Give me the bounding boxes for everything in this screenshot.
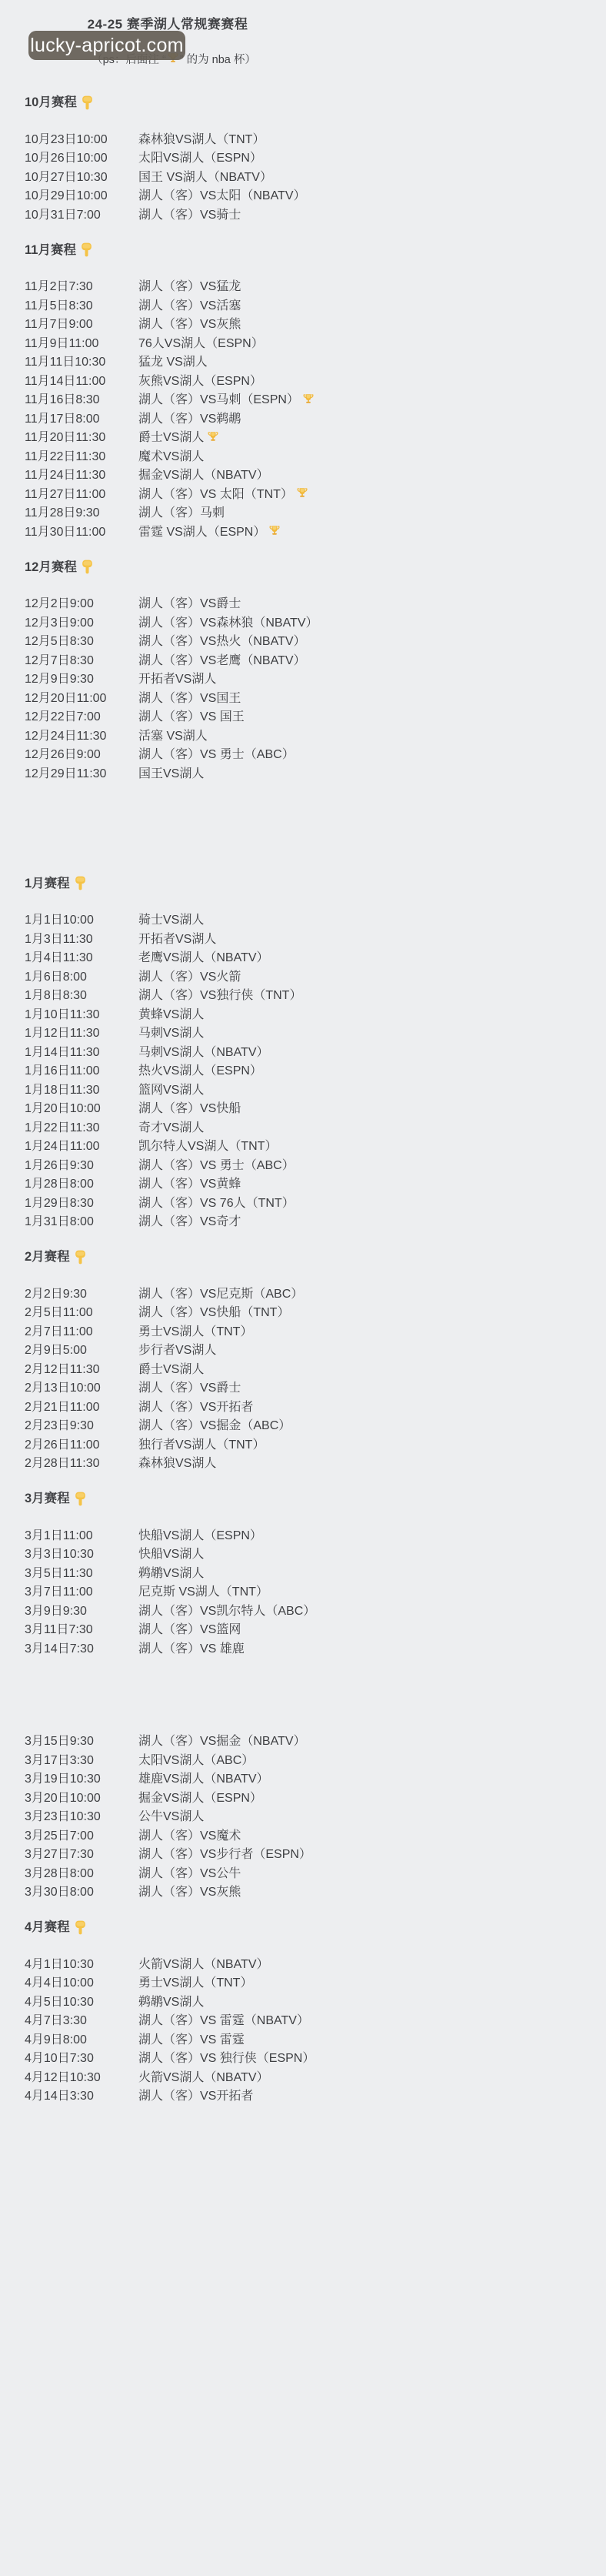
game-datetime: 3月1日11:00 xyxy=(25,1525,138,1543)
game-matchup-text: 湖人（客）VS黄蜂 xyxy=(138,1174,241,1191)
game-matchup: 湖人（客）VS 国王 xyxy=(138,707,245,724)
month-section: 10月赛程10月23日10:00森林狼VS湖人（TNT）10月26日10:00太… xyxy=(0,93,606,223)
schedule-row: 11月27日11:00湖人（客）VS 太阳（TNT） xyxy=(0,483,606,503)
game-matchup-text: 开拓者VS湖人 xyxy=(138,929,216,947)
game-datetime: 4月4日10:00 xyxy=(25,1973,138,1990)
game-datetime: 11月2日7:30 xyxy=(25,276,138,294)
game-matchup-text: 湖人（客）VS开拓者 xyxy=(138,1397,253,1415)
game-matchup-text: 湖人（客）VS灰熊 xyxy=(138,314,241,332)
game-datetime: 3月25日7:00 xyxy=(25,1826,138,1843)
game-datetime: 2月2日9:30 xyxy=(25,1284,138,1301)
game-datetime: 12月9日9:30 xyxy=(25,669,138,687)
schedule-row: 11月30日11:00雷霆 VS湖人（ESPN） xyxy=(0,521,606,540)
game-datetime: 12月5日8:30 xyxy=(25,631,138,649)
schedule-row: 12月24日11:30活塞 VS湖人 xyxy=(0,725,606,744)
game-matchup: 魔术VS湖人 xyxy=(138,446,204,464)
game-matchup: 奇才VS湖人 xyxy=(138,1118,204,1135)
game-matchup-text: 黄蜂VS湖人 xyxy=(138,1004,204,1022)
schedule-row: 12月29日11:30国王VS湖人 xyxy=(0,763,606,782)
game-matchup-text: 湖人（客）VS太阳（NBATV） xyxy=(138,185,306,203)
game-matchup-text: 湖人（客）VS篮网 xyxy=(138,1619,241,1637)
game-matchup: 湖人（客）VS老鹰（NBATV） xyxy=(138,650,306,668)
game-matchup: 湖人（客）VS 勇士（ABC） xyxy=(138,1155,295,1173)
game-matchup-text: 湖人（客）VS 国王 xyxy=(138,707,245,724)
schedule-row: 1月16日11:00热火VS湖人（ESPN） xyxy=(0,1061,606,1080)
note-suffix: ” 的为 nba 杯） xyxy=(180,51,256,67)
schedule-row: 3月19日10:30雄鹿VS湖人（NBATV） xyxy=(0,1769,606,1788)
schedule-row: 10月26日10:00太阳VS湖人（ESPN） xyxy=(0,148,606,167)
game-matchup: 湖人（客）VS 太阳（TNT） xyxy=(138,484,308,502)
schedule-row: 1月4日11:30老鹰VS湖人（NBATV） xyxy=(0,947,606,967)
game-matchup: 步行者VS湖人 xyxy=(138,1340,216,1358)
game-datetime: 11月24日11:30 xyxy=(25,465,138,483)
game-matchup-text: 湖人（客）VS爵士 xyxy=(138,1378,241,1395)
game-datetime: 12月29日11:30 xyxy=(25,763,138,781)
game-datetime: 3月27日7:30 xyxy=(25,1844,138,1862)
game-matchup: 开拓者VS湖人 xyxy=(138,669,216,687)
game-matchup-text: 篮网VS湖人 xyxy=(138,1080,204,1098)
schedule-row: 1月28日8:00湖人（客）VS黄蜂 xyxy=(0,1174,606,1193)
schedule-row: 11月9日11:0076人VS湖人（ESPN） xyxy=(0,332,606,352)
game-datetime: 10月29日10:00 xyxy=(25,185,138,203)
game-matchup-text: 雄鹿VS湖人（NBATV） xyxy=(138,1769,269,1786)
game-matchup: 活塞 VS湖人 xyxy=(138,726,208,743)
game-datetime: 3月14日7:30 xyxy=(25,1639,138,1656)
game-matchup: 湖人（客）VS马刺（ESPN） xyxy=(138,389,314,407)
game-datetime: 11月14日11:00 xyxy=(25,371,138,389)
game-matchup: 湖人（客）VS火箭 xyxy=(138,967,241,984)
game-matchup-text: 雷霆 VS湖人（ESPN） xyxy=(138,522,265,540)
schedule-row: 12月5日8:30湖人（客）VS热火（NBATV） xyxy=(0,631,606,650)
schedule-screenshot: 24-25 赛季湖人常规赛赛程 lucky-apricot.com （ps：后面… xyxy=(0,0,606,2576)
schedule-row: 4月4日10:00勇士VS湖人（TNT） xyxy=(0,1973,606,1992)
pointing-down-icon xyxy=(75,1920,86,1935)
game-matchup-text: 湖人（客）VS快船（TNT） xyxy=(138,1302,289,1320)
game-matchup-text: 湖人（客）VS火箭 xyxy=(138,967,241,984)
game-matchup-text: 快船VS湖人（ESPN） xyxy=(138,1525,262,1543)
schedule-row: 12月9日9:30开拓者VS湖人 xyxy=(0,669,606,688)
game-matchup-text: 勇士VS湖人（TNT） xyxy=(138,1973,252,1990)
game-matchup-text: 湖人（客）VS开拓者 xyxy=(138,2086,253,2103)
game-datetime: 1月3日11:30 xyxy=(25,929,138,947)
month-label: 3月赛程 xyxy=(25,1489,70,1508)
schedule-row: 3月28日8:00湖人（客）VS公牛 xyxy=(0,1863,606,1882)
game-matchup: 湖人（客）VS 雷霆（NBATV） xyxy=(138,2010,309,2028)
game-matchup-text: 火箭VS湖人（NBATV） xyxy=(138,1954,269,1972)
game-datetime: 1月8日8:30 xyxy=(25,985,138,1003)
month-label: 1月赛程 xyxy=(25,874,70,893)
game-datetime: 2月9日5:00 xyxy=(25,1340,138,1358)
schedule-row: 3月7日11:00尼克斯 VS湖人（TNT） xyxy=(0,1582,606,1601)
game-matchup-text: 热火VS湖人（ESPN） xyxy=(138,1061,262,1078)
game-matchup: 快船VS湖人（ESPN） xyxy=(138,1525,262,1543)
game-matchup-text: 湖人（客）VS 雷霆（NBATV） xyxy=(138,2010,309,2028)
game-matchup-text: 湖人（客）VS森林狼（NBATV） xyxy=(138,613,318,630)
game-matchup: 马刺VS湖人 xyxy=(138,1023,204,1041)
game-datetime: 3月5日11:30 xyxy=(25,1563,138,1581)
game-datetime: 3月15日9:30 xyxy=(25,1731,138,1749)
game-matchup-text: 湖人（客）VS活塞 xyxy=(138,296,241,313)
game-datetime: 4月1日10:30 xyxy=(25,1954,138,1972)
schedule-row: 12月22日7:00湖人（客）VS 国王 xyxy=(0,707,606,726)
month-header: 12月赛程 xyxy=(0,558,606,576)
schedule-row: 11月7日9:00湖人（客）VS灰熊 xyxy=(0,314,606,333)
game-matchup-text: 湖人（客）VS 勇士（ABC） xyxy=(138,744,295,762)
game-matchup-text: 森林狼VS湖人 xyxy=(138,1453,216,1471)
game-matchup-text: 湖人（客）VS爵士 xyxy=(138,593,241,611)
game-matchup-text: 开拓者VS湖人 xyxy=(138,669,216,687)
pointing-down-icon xyxy=(75,1492,86,1506)
game-datetime: 2月12日11:30 xyxy=(25,1359,138,1377)
game-matchup: 国王VS湖人 xyxy=(138,763,204,781)
schedule-row: 11月16日8:30湖人（客）VS马刺（ESPN） xyxy=(0,389,606,409)
game-datetime: 3月30日8:00 xyxy=(25,1882,138,1899)
game-matchup: 湖人（客）VS掘金（ABC） xyxy=(138,1415,291,1433)
game-matchup: 湖人（客）VS活塞 xyxy=(138,296,241,313)
game-matchup: 湖人（客）VS篮网 xyxy=(138,1619,241,1637)
game-matchup: 热火VS湖人（ESPN） xyxy=(138,1061,262,1078)
game-matchup-text: 湖人（客）VS步行者（ESPN） xyxy=(138,1844,311,1862)
game-matchup: 爵士VS湖人 xyxy=(138,1359,204,1377)
month-label: 12月赛程 xyxy=(25,558,77,576)
schedule-row: 12月7日8:30湖人（客）VS老鹰（NBATV） xyxy=(0,650,606,669)
game-datetime: 1月10日11:30 xyxy=(25,1004,138,1022)
game-datetime: 1月6日8:00 xyxy=(25,967,138,984)
game-matchup: 湖人（客）VS 勇士（ABC） xyxy=(138,744,295,762)
schedule-months: 10月赛程10月23日10:00森林狼VS湖人（TNT）10月26日10:00太… xyxy=(0,93,606,2104)
schedule-row: 3月5日11:30鹈鹕VS湖人 xyxy=(0,1562,606,1582)
month-games: 4月1日10:30火箭VS湖人（NBATV）4月4日10:00勇士VS湖人（TN… xyxy=(0,1953,606,2104)
month-games: 1月1日10:00骑士VS湖人1月3日11:30开拓者VS湖人1月4日11:30… xyxy=(0,910,606,1231)
game-matchup-text: 魔术VS湖人 xyxy=(138,446,204,464)
game-matchup: 鹈鹕VS湖人 xyxy=(138,1992,204,2010)
game-datetime: 3月28日8:00 xyxy=(25,1863,138,1881)
schedule-row: 3月11日7:30湖人（客）VS篮网 xyxy=(0,1619,606,1639)
game-matchup: 森林狼VS湖人（TNT） xyxy=(138,129,265,147)
schedule-row: 2月2日9:30湖人（客）VS尼克斯（ABC） xyxy=(0,1283,606,1302)
schedule-row: 11月24日11:30掘金VS湖人（NBATV） xyxy=(0,465,606,484)
game-matchup-text: 鹈鹕VS湖人 xyxy=(138,1563,204,1581)
month-header: 11月赛程 xyxy=(0,241,606,259)
game-matchup: 掘金VS湖人（NBATV） xyxy=(138,465,269,483)
game-matchup: 湖人（客）马刺 xyxy=(138,503,225,520)
game-matchup: 湖人（客）VS 雷霆 xyxy=(138,2030,245,2047)
game-matchup: 湖人（客）VS 76人（TNT） xyxy=(138,1193,295,1211)
game-matchup-text: 掘金VS湖人（NBATV） xyxy=(138,465,269,483)
game-matchup: 湖人（客）VS独行侠（TNT） xyxy=(138,985,301,1003)
game-matchup-text: 掘金VS湖人（ESPN） xyxy=(138,1788,262,1806)
pointing-down-icon xyxy=(75,876,86,890)
pointing-down-icon xyxy=(82,560,93,574)
game-matchup-text: 湖人（客）VS 雄鹿 xyxy=(138,1639,245,1656)
month-label: 2月赛程 xyxy=(25,1248,70,1266)
game-matchup-text: 爵士VS湖人 xyxy=(138,427,204,445)
game-matchup: 湖人（客）VS爵士 xyxy=(138,1378,241,1395)
game-datetime: 1月1日10:00 xyxy=(25,910,138,927)
schedule-row: 1月31日8:00湖人（客）VS奇才 xyxy=(0,1211,606,1231)
game-matchup: 国王 VS湖人（NBATV） xyxy=(138,167,272,185)
schedule-row: 3月20日10:00掘金VS湖人（ESPN） xyxy=(0,1787,606,1806)
schedule-row: 12月2日9:00湖人（客）VS爵士 xyxy=(0,593,606,613)
game-matchup: 湖人（客）VS奇才 xyxy=(138,1211,241,1229)
schedule-row: 3月17日3:30太阳VS湖人（ABC） xyxy=(0,1749,606,1769)
game-matchup: 黄蜂VS湖人 xyxy=(138,1004,204,1022)
game-matchup-text: 火箭VS湖人（NBATV） xyxy=(138,2067,269,2085)
game-matchup: 湖人（客）VS 独行侠（ESPN） xyxy=(138,2048,315,2066)
schedule-row: 11月17日8:00湖人（客）VS鹈鹕 xyxy=(0,408,606,427)
game-matchup-text: 湖人（客）VS猛龙 xyxy=(138,276,241,294)
game-matchup: 湖人（客）VS步行者（ESPN） xyxy=(138,1844,311,1862)
game-datetime: 11月28日9:30 xyxy=(25,503,138,520)
schedule-row: 3月14日7:30湖人（客）VS 雄鹿 xyxy=(0,1638,606,1657)
game-matchup: 太阳VS湖人（ESPN） xyxy=(138,148,262,165)
game-matchup-text: 太阳VS湖人（ABC） xyxy=(138,1750,254,1768)
month-games: 11月2日7:30湖人（客）VS猛龙11月5日8:30湖人（客）VS活塞11月7… xyxy=(0,276,606,540)
game-matchup: 湖人（客）VS灰熊 xyxy=(138,314,241,332)
schedule-row: 11月28日9:30湖人（客）马刺 xyxy=(0,503,606,522)
trophy-icon xyxy=(208,431,218,442)
schedule-row: 2月12日11:30爵士VS湖人 xyxy=(0,1358,606,1378)
game-matchup: 快船VS湖人 xyxy=(138,1544,204,1562)
game-datetime: 12月20日11:00 xyxy=(25,688,138,706)
game-matchup: 湖人（客）VS太阳（NBATV） xyxy=(138,185,306,203)
schedule-row: 4月10日7:30湖人（客）VS 独行侠（ESPN） xyxy=(0,2048,606,2067)
month-games: 12月2日9:00湖人（客）VS爵士12月3日9:00湖人（客）VS森林狼（NB… xyxy=(0,593,606,782)
game-datetime: 2月7日11:00 xyxy=(25,1321,138,1339)
game-matchup: 湖人（客）VS森林狼（NBATV） xyxy=(138,613,318,630)
game-matchup: 湖人（客）VS鹈鹕 xyxy=(138,409,241,426)
schedule-row: 3月25日7:00湖人（客）VS魔术 xyxy=(0,1825,606,1844)
game-datetime: 11月5日8:30 xyxy=(25,296,138,313)
schedule-row: 3月15日9:30湖人（客）VS掘金（NBATV） xyxy=(0,1731,606,1750)
game-datetime: 4月12日10:30 xyxy=(25,2067,138,2085)
game-datetime: 2月28日11:30 xyxy=(25,1453,138,1471)
game-matchup-text: 骑士VS湖人 xyxy=(138,910,204,927)
game-matchup: 森林狼VS湖人 xyxy=(138,1453,216,1471)
game-matchup-text: 马刺VS湖人（NBATV） xyxy=(138,1042,269,1060)
game-matchup: 湖人（客）VS灰熊 xyxy=(138,1882,241,1899)
game-datetime: 3月17日3:30 xyxy=(25,1750,138,1768)
schedule-row: 11月14日11:00灰熊VS湖人（ESPN） xyxy=(0,370,606,389)
schedule-row: 10月27日10:30国王 VS湖人（NBATV） xyxy=(0,166,606,185)
game-datetime: 4月5日10:30 xyxy=(25,1992,138,2010)
game-matchup: 开拓者VS湖人 xyxy=(138,929,216,947)
schedule-row: 1月1日10:00骑士VS湖人 xyxy=(0,910,606,929)
month-label: 11月赛程 xyxy=(25,241,76,259)
page-title: 24-25 赛季湖人常规赛赛程 xyxy=(0,0,335,32)
game-datetime: 11月9日11:00 xyxy=(25,333,138,351)
schedule-row: 3月9日9:30湖人（客）VS凯尔特人（ABC） xyxy=(0,1600,606,1619)
game-matchup: 湖人（客）VS快船 xyxy=(138,1098,241,1116)
game-matchup: 灰熊VS湖人（ESPN） xyxy=(138,371,262,389)
game-matchup: 湖人（客）VS爵士 xyxy=(138,593,241,611)
game-matchup: 骑士VS湖人 xyxy=(138,910,204,927)
pointing-down-icon xyxy=(81,242,92,257)
game-matchup-text: 湖人（客）VS灰熊 xyxy=(138,1882,241,1899)
month-header: 4月赛程 xyxy=(0,1918,606,1936)
game-datetime: 11月22日11:30 xyxy=(25,446,138,464)
schedule-row: 11月20日11:30爵士VS湖人 xyxy=(0,427,606,446)
game-matchup-text: 国王VS湖人 xyxy=(138,763,204,781)
watermark-text: lucky-apricot.com xyxy=(30,35,184,57)
game-matchup-text: 湖人（客）VS 勇士（ABC） xyxy=(138,1155,295,1173)
game-datetime: 1月18日11:30 xyxy=(25,1080,138,1098)
game-datetime: 3月7日11:00 xyxy=(25,1582,138,1599)
schedule-row: 1月29日8:30湖人（客）VS 76人（TNT） xyxy=(0,1192,606,1211)
game-matchup: 湖人（客）VS黄蜂 xyxy=(138,1174,241,1191)
game-matchup-text: 鹈鹕VS湖人 xyxy=(138,1992,204,2010)
game-datetime: 1月31日8:00 xyxy=(25,1211,138,1229)
game-datetime: 3月3日10:30 xyxy=(25,1544,138,1562)
schedule-row: 4月7日3:30湖人（客）VS 雷霆（NBATV） xyxy=(0,2010,606,2030)
game-datetime: 2月21日11:00 xyxy=(25,1397,138,1415)
game-datetime: 4月14日3:30 xyxy=(25,2086,138,2103)
game-datetime: 1月26日9:30 xyxy=(25,1155,138,1173)
game-datetime: 2月23日9:30 xyxy=(25,1415,138,1433)
schedule-row: 1月26日9:30湖人（客）VS 勇士（ABC） xyxy=(0,1154,606,1174)
game-matchup: 湖人（客）VS开拓者 xyxy=(138,2086,253,2103)
schedule-row: 12月3日9:00湖人（客）VS森林狼（NBATV） xyxy=(0,612,606,631)
month-label: 10月赛程 xyxy=(25,93,77,112)
game-matchup-text: 湖人（客）VS奇才 xyxy=(138,1211,241,1229)
game-datetime: 2月26日11:00 xyxy=(25,1435,138,1452)
watermark: lucky-apricot.com xyxy=(28,31,185,60)
game-matchup-text: 太阳VS湖人（ESPN） xyxy=(138,148,262,165)
schedule-row: 4月1日10:30火箭VS湖人（NBATV） xyxy=(0,1953,606,1973)
game-matchup-text: 猛龙 VS湖人 xyxy=(138,352,208,369)
schedule-row: 11月11日10:30猛龙 VS湖人 xyxy=(0,352,606,371)
schedule-row: 2月26日11:00独行者VS湖人（TNT） xyxy=(0,1434,606,1453)
month-header: 1月赛程 xyxy=(0,874,606,893)
pointing-down-icon xyxy=(82,95,93,110)
game-matchup-text: 森林狼VS湖人（TNT） xyxy=(138,129,265,147)
game-matchup: 湖人（客）VS掘金（NBATV） xyxy=(138,1731,306,1749)
schedule-row: 2月21日11:00湖人（客）VS开拓者 xyxy=(0,1396,606,1415)
month-games: 2月2日9:30湖人（客）VS尼克斯（ABC）2月5日11:00湖人（客）VS快… xyxy=(0,1283,606,1472)
game-matchup: 湖人（客）VS热火（NBATV） xyxy=(138,631,306,649)
game-matchup: 雄鹿VS湖人（NBATV） xyxy=(138,1769,269,1786)
game-matchup: 勇士VS湖人（TNT） xyxy=(138,1973,252,1990)
game-datetime: 10月31日7:00 xyxy=(25,205,138,222)
game-matchup-text: 凯尔特人VS湖人（TNT） xyxy=(138,1136,277,1154)
schedule-row: 1月6日8:00湖人（客）VS火箭 xyxy=(0,966,606,985)
game-matchup: 猛龙 VS湖人 xyxy=(138,352,208,369)
schedule-row: 1月22日11:30奇才VS湖人 xyxy=(0,1117,606,1136)
schedule-row: 11月5日8:30湖人（客）VS活塞 xyxy=(0,295,606,314)
game-matchup-text: 湖人（客）VS 太阳（TNT） xyxy=(138,484,293,502)
game-datetime: 3月9日9:30 xyxy=(25,1601,138,1619)
schedule-row: 12月26日9:00湖人（客）VS 勇士（ABC） xyxy=(0,744,606,763)
game-matchup-text: 湖人（客）VS凯尔特人（ABC） xyxy=(138,1601,315,1619)
schedule-row: 11月22日11:30魔术VS湖人 xyxy=(0,446,606,465)
game-matchup: 篮网VS湖人 xyxy=(138,1080,204,1098)
schedule-row: 1月14日11:30马刺VS湖人（NBATV） xyxy=(0,1041,606,1061)
month-section: 11月赛程11月2日7:30湖人（客）VS猛龙11月5日8:30湖人（客）VS活… xyxy=(0,241,606,540)
pointing-down-icon xyxy=(75,1250,86,1265)
game-datetime: 11月17日8:00 xyxy=(25,409,138,426)
game-matchup-text: 灰熊VS湖人（ESPN） xyxy=(138,371,262,389)
schedule-row: 1月18日11:30篮网VS湖人 xyxy=(0,1079,606,1098)
schedule-row: 1月10日11:30黄蜂VS湖人 xyxy=(0,1004,606,1023)
schedule-row: 11月2日7:30湖人（客）VS猛龙 xyxy=(0,276,606,296)
game-datetime: 1月20日10:00 xyxy=(25,1098,138,1116)
month-section: 12月赛程12月2日9:00湖人（客）VS爵士12月3日9:00湖人（客）VS森… xyxy=(0,558,606,782)
game-matchup: 掘金VS湖人（ESPN） xyxy=(138,1788,262,1806)
trophy-icon xyxy=(303,393,314,404)
month-games: 10月23日10:00森林狼VS湖人（TNT）10月26日10:00太阳VS湖人… xyxy=(0,129,606,223)
month-games: 3月1日11:00快船VS湖人（ESPN）3月3日10:30快船VS湖人3月5日… xyxy=(0,1525,606,1900)
schedule-row: 1月8日8:30湖人（客）VS独行侠（TNT） xyxy=(0,985,606,1004)
game-matchup: 湖人（客）VS猛龙 xyxy=(138,276,241,294)
month-header: 10月赛程 xyxy=(0,93,606,112)
game-datetime: 12月7日8:30 xyxy=(25,650,138,668)
game-datetime: 11月16日8:30 xyxy=(25,389,138,407)
trophy-icon xyxy=(269,525,280,536)
game-datetime: 1月14日11:30 xyxy=(25,1042,138,1060)
schedule-row: 12月20日11:00湖人（客）VS国王 xyxy=(0,687,606,707)
schedule-row: 4月14日3:30湖人（客）VS开拓者 xyxy=(0,2086,606,2105)
game-datetime: 1月12日11:30 xyxy=(25,1023,138,1041)
month-section: 2月赛程2月2日9:30湖人（客）VS尼克斯（ABC）2月5日11:00湖人（客… xyxy=(0,1248,606,1472)
game-matchup: 湖人（客）VS骑士 xyxy=(138,205,241,222)
game-datetime: 1月4日11:30 xyxy=(25,947,138,965)
game-matchup-text: 湖人（客）VS骑士 xyxy=(138,205,241,222)
game-matchup-text: 湖人（客）马刺 xyxy=(138,503,225,520)
game-datetime: 12月3日9:00 xyxy=(25,613,138,630)
schedule-row: 4月9日8:00湖人（客）VS 雷霆 xyxy=(0,2029,606,2048)
game-matchup: 火箭VS湖人（NBATV） xyxy=(138,1954,269,1972)
game-matchup: 太阳VS湖人（ABC） xyxy=(138,1750,254,1768)
game-matchup: 火箭VS湖人（NBATV） xyxy=(138,2067,269,2085)
game-matchup: 湖人（客）VS凯尔特人（ABC） xyxy=(138,1601,315,1619)
game-matchup-text: 湖人（客）VS 雷霆 xyxy=(138,2030,245,2047)
game-datetime: 12月26日9:00 xyxy=(25,744,138,762)
game-matchup-text: 湖人（客）VS独行侠（TNT） xyxy=(138,985,301,1003)
month-header: 2月赛程 xyxy=(0,1248,606,1266)
game-matchup-text: 活塞 VS湖人 xyxy=(138,726,208,743)
trophy-icon xyxy=(297,487,308,498)
game-matchup: 老鹰VS湖人（NBATV） xyxy=(138,947,269,965)
game-matchup: 湖人（客）VS快船（TNT） xyxy=(138,1302,289,1320)
schedule-row: 10月29日10:00湖人（客）VS太阳（NBATV） xyxy=(0,185,606,205)
schedule-row: 2月23日9:30湖人（客）VS掘金（ABC） xyxy=(0,1415,606,1435)
game-datetime: 12月2日9:00 xyxy=(25,593,138,611)
game-matchup: 独行者VS湖人（TNT） xyxy=(138,1435,265,1452)
schedule-row: 4月12日10:30火箭VS湖人（NBATV） xyxy=(0,2066,606,2086)
schedule-row: 10月23日10:00森林狼VS湖人（TNT） xyxy=(0,129,606,148)
schedule-row: 1月3日11:30开拓者VS湖人 xyxy=(0,928,606,947)
game-datetime: 1月29日8:30 xyxy=(25,1193,138,1211)
game-datetime: 4月9日8:00 xyxy=(25,2030,138,2047)
game-matchup: 勇士VS湖人（TNT） xyxy=(138,1321,252,1339)
game-matchup-text: 湖人（客）VS热火（NBATV） xyxy=(138,631,306,649)
game-matchup: 凯尔特人VS湖人（TNT） xyxy=(138,1136,277,1154)
game-matchup-text: 湖人（客）VS公牛 xyxy=(138,1863,241,1881)
schedule-row: 2月28日11:30森林狼VS湖人 xyxy=(0,1453,606,1472)
game-matchup-text: 湖人（客）VS国王 xyxy=(138,688,241,706)
month-section: 1月赛程1月1日10:00骑士VS湖人1月3日11:30开拓者VS湖人1月4日1… xyxy=(0,874,606,1231)
game-matchup-text: 步行者VS湖人 xyxy=(138,1340,216,1358)
game-matchup: 尼克斯 VS湖人（TNT） xyxy=(138,1582,268,1599)
game-datetime: 10月27日10:30 xyxy=(25,167,138,185)
game-datetime: 1月22日11:30 xyxy=(25,1118,138,1135)
game-matchup-text: 湖人（客）VS尼克斯（ABC） xyxy=(138,1284,303,1301)
game-matchup-text: 勇士VS湖人（TNT） xyxy=(138,1321,252,1339)
schedule-row: 2月9日5:00步行者VS湖人 xyxy=(0,1340,606,1359)
schedule-row: 3月27日7:30湖人（客）VS步行者（ESPN） xyxy=(0,1844,606,1863)
game-matchup-text: 湖人（客）VS快船 xyxy=(138,1098,241,1116)
month-label: 4月赛程 xyxy=(25,1918,70,1936)
